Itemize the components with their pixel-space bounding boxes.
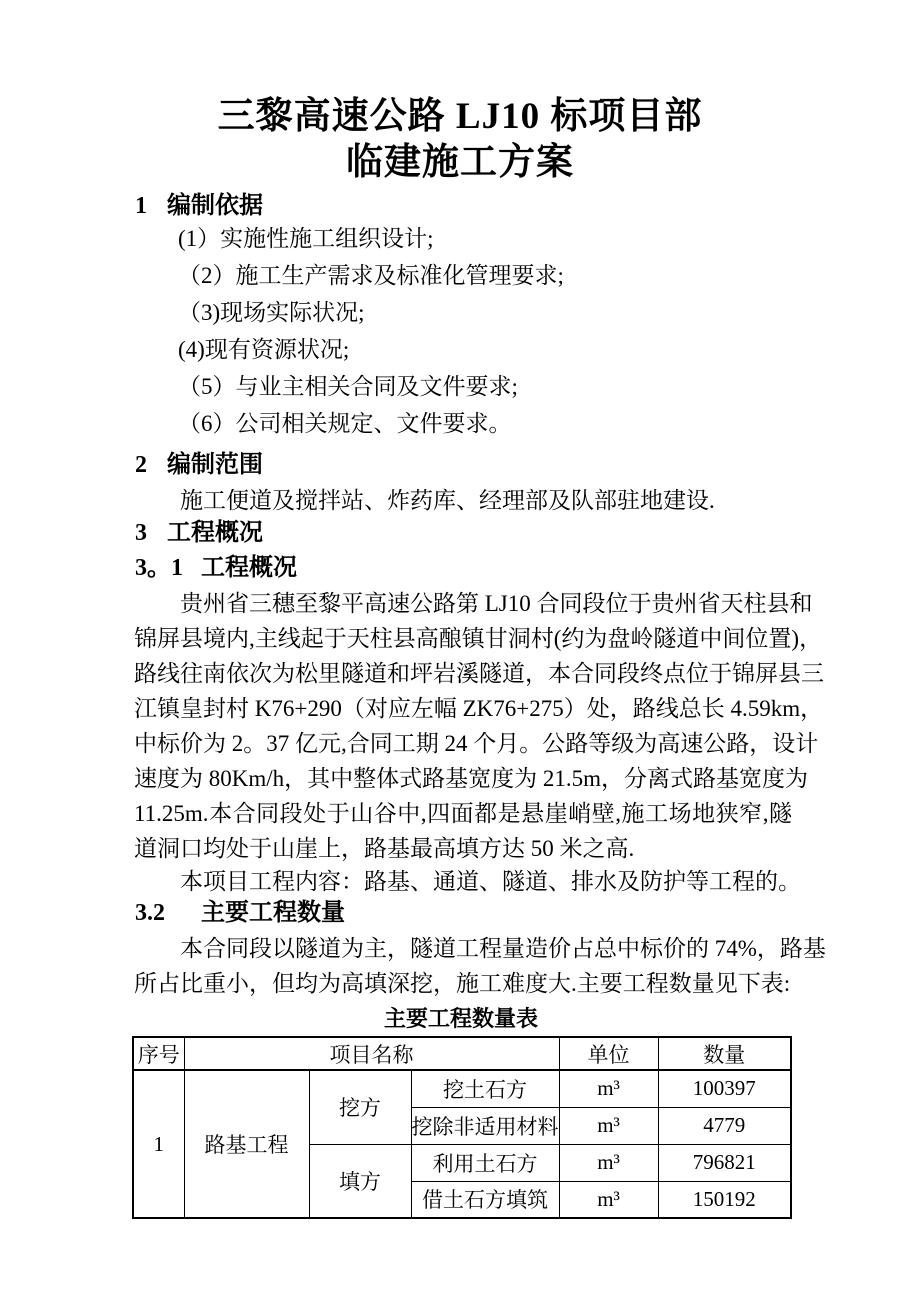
- section-3-2-heading: 3.2主要工程数量: [135, 898, 345, 928]
- section-1-label: 编制依据: [167, 192, 263, 219]
- table-header-row: 序号 项目名称 单位 数量: [133, 1037, 791, 1070]
- reference-item-4: (4)现有资源状况;: [178, 331, 564, 368]
- title-line-2: 临建施工方案: [0, 140, 920, 186]
- cell-qty: 4779: [658, 1107, 791, 1144]
- document-page: 三黎高速公路 LJ10 标项目部 临建施工方案 1编制依据 (1）实施性施工组织…: [0, 0, 920, 1302]
- cell-qty: 796821: [658, 1144, 791, 1181]
- cell-unit: m³: [559, 1070, 658, 1107]
- cell-unit: m³: [559, 1181, 658, 1218]
- section-2-heading: 2编制范围: [135, 450, 263, 480]
- cell-unit: m³: [559, 1107, 658, 1144]
- table-caption: 主要工程数量表: [132, 1005, 790, 1033]
- cell-group-no: 1: [133, 1070, 184, 1218]
- paragraph-line: 道洞口均处于山崖上，路基最高填方达 50 米之高.: [134, 831, 792, 866]
- reference-item-3: （3)现场实际状况;: [178, 294, 564, 331]
- cell-item: 挖土石方: [411, 1070, 559, 1107]
- paragraph-line: 锦屏县境内,主线起于天柱县高酿镇甘洞村(约为盘岭隧道中间位置)，: [134, 621, 792, 656]
- cell-group-name: 路基工程: [184, 1070, 309, 1218]
- reference-item-2: （2）施工生产需求及标准化管理要求;: [178, 257, 564, 294]
- header-cell-name: 项目名称: [184, 1037, 559, 1070]
- table-row: 1 路基工程 挖方 挖土石方 m³ 100397: [133, 1070, 791, 1107]
- cell-item: 借土石方填筑: [411, 1181, 559, 1218]
- section-3-label: 工程概况: [167, 519, 263, 546]
- reference-item-1: (1）实施性施工组织设计;: [178, 220, 564, 257]
- paragraph-line: 11.25m.本合同段处于山谷中,四面都是悬崖峭壁,施工场地狭窄,隧: [134, 796, 792, 831]
- section-3-1-heading: 3。1工程概况: [135, 553, 297, 583]
- paragraph-line: 本项目工程内容：路基、通道、隧道、排水及防护等工程的。: [134, 864, 792, 899]
- cell-fill-label: 填方: [309, 1144, 411, 1218]
- cell-unit: m³: [559, 1144, 658, 1181]
- cell-qty: 150192: [658, 1181, 791, 1218]
- section-3-1-label: 工程概况: [201, 554, 297, 581]
- section-3-1-number: 3。1: [135, 553, 201, 583]
- paragraph-line: 贵州省三穗至黎平高速公路第 LJ10 合同段位于贵州省天柱县和: [134, 586, 792, 621]
- section-3-number: 3: [135, 518, 167, 548]
- section-3-heading: 3工程概况: [135, 518, 263, 548]
- header-cell-no: 序号: [133, 1037, 184, 1070]
- header-cell-unit: 单位: [559, 1037, 658, 1070]
- paragraph-line: 中标价为 2。37 亿元,合同工期 24 个月。公路等级为高速公路，设计: [134, 726, 792, 761]
- section-3-2-number: 3.2: [135, 898, 201, 928]
- section-2-number: 2: [135, 450, 167, 480]
- paragraph-line: 所占比重小，但均为高填深挖，施工难度大.主要工程数量见下表:: [134, 966, 792, 1001]
- cell-excavation-label: 挖方: [309, 1070, 411, 1144]
- paragraph-line: 路线往南依次为松里隧道和坪岩溪隧道，本合同段终点位于锦屏县三: [134, 656, 792, 691]
- reference-list: (1）实施性施工组织设计; （2）施工生产需求及标准化管理要求; （3)现场实际…: [178, 220, 564, 442]
- project-overview-paragraph: 贵州省三穗至黎平高速公路第 LJ10 合同段位于贵州省天柱县和 锦屏县境内,主线…: [134, 586, 792, 866]
- cell-item: 挖除非适用材料: [411, 1107, 559, 1144]
- section-2-body: 施工便道及搅拌站、炸药库、经理部及队部驻地建设.: [180, 482, 715, 519]
- paragraph-line: 速度为 80Km/h，其中整体式路基宽度为 21.5m，分离式路基宽度为: [134, 761, 792, 796]
- section-3-2-label: 主要工程数量: [201, 899, 345, 926]
- paragraph-line: 本合同段以隧道为主，隧道工程量造价占总中标价的 74%，路基: [134, 931, 792, 966]
- section-1-heading: 1编制依据: [135, 191, 263, 221]
- cell-qty: 100397: [658, 1070, 791, 1107]
- title-line-1: 三黎高速公路 LJ10 标项目部: [0, 94, 920, 140]
- section-1-number: 1: [135, 191, 167, 221]
- document-title: 三黎高速公路 LJ10 标项目部 临建施工方案: [0, 94, 920, 186]
- section-2-label: 编制范围: [167, 451, 263, 478]
- header-cell-qty: 数量: [658, 1037, 791, 1070]
- reference-item-5: （5）与业主相关合同及文件要求;: [178, 368, 564, 405]
- quantities-table: 序号 项目名称 单位 数量 1 路基工程 挖方 挖土石方 m³ 100397 挖…: [132, 1036, 792, 1219]
- paragraph-line: 江镇皇封村 K76+290（对应左幅 ZK76+275）处，路线总长 4.59k…: [134, 691, 792, 726]
- project-content-paragraph: 本项目工程内容：路基、通道、隧道、排水及防护等工程的。: [134, 864, 792, 899]
- reference-item-6: （6）公司相关规定、文件要求。: [178, 405, 564, 442]
- quantities-paragraph: 本合同段以隧道为主，隧道工程量造价占总中标价的 74%，路基 所占比重小，但均为…: [134, 931, 792, 1001]
- cell-item: 利用土石方: [411, 1144, 559, 1181]
